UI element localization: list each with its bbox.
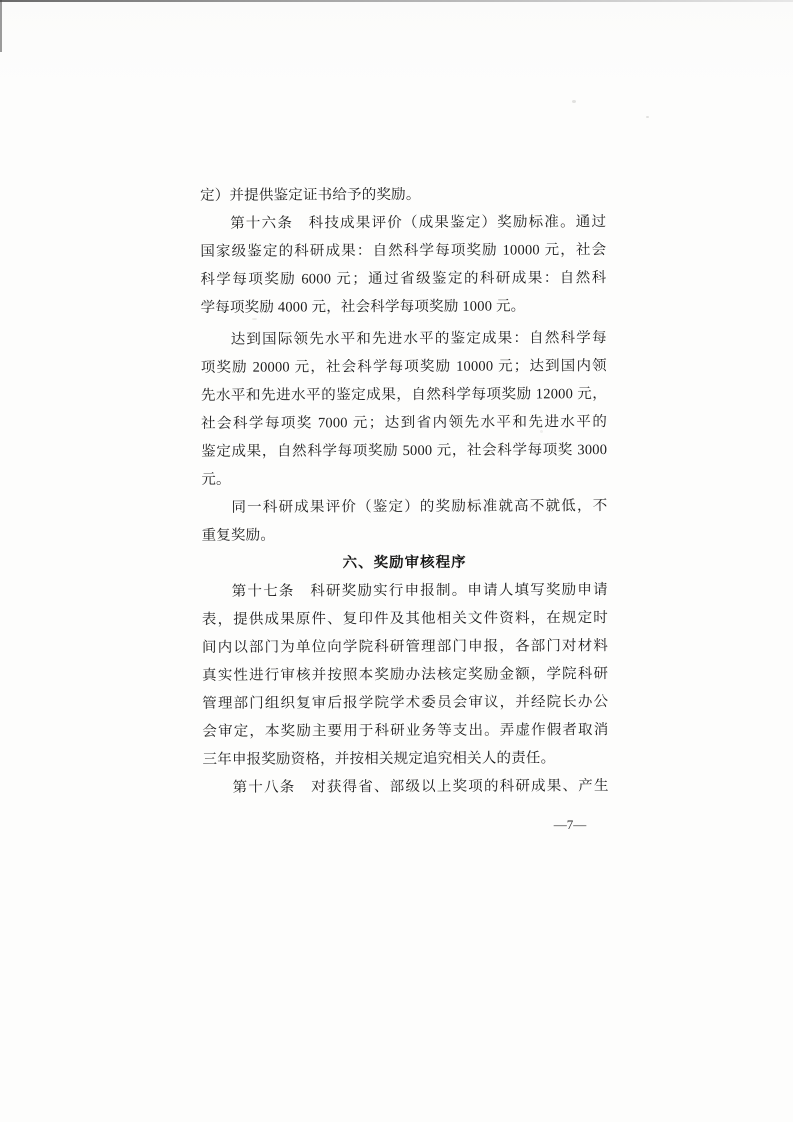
text-line: 科学每项奖励 6000 元；通过省级鉴定的科研成果：自然科 <box>200 264 606 294</box>
text-line: 定）并提供鉴定证书给予的奖励。 <box>200 180 606 210</box>
text-line: 三年申报奖励资格，并按相关规定追究相关人的责任。 <box>202 744 608 774</box>
scan-speck <box>572 100 576 103</box>
text-line: 第十七条 科研奖励实行申报制。申请人填写奖励申请 <box>202 576 608 606</box>
text-line: 达到国际领先水平和先进水平的鉴定成果：自然科学每 <box>201 324 607 354</box>
section-heading: 六、奖励审核程序 <box>202 548 608 578</box>
text-line: 同一科研成果评价（鉴定）的奖励标准就高不就低，不 <box>201 492 607 522</box>
text-line: 真实性进行审核并按照本奖励办法核定奖励金额，学院科研 <box>202 660 608 690</box>
scan-edge-artifact <box>0 0 793 2</box>
text-line: 管理部门组织复审后报学院学术委员会审议，并经院长办公 <box>202 688 608 718</box>
text-line: 元。 <box>201 464 607 494</box>
document-text: 定）并提供鉴定证书给予的奖励。第十六条 科技成果评价（成果鉴定）奖励标准。通过国… <box>200 180 609 802</box>
scan-speck <box>646 116 649 118</box>
document-page: 定）并提供鉴定证书给予的奖励。第十六条 科技成果评价（成果鉴定）奖励标准。通过国… <box>0 0 793 1122</box>
text-line: 国家级鉴定的科研成果：自然科学每项奖励 10000 元，社会 <box>200 236 606 266</box>
page-number: —7— <box>538 816 602 834</box>
text-line: 鉴定成果，自然科学每项奖励 5000 元，社会科学每项奖 3000 <box>201 436 607 466</box>
text-line: 学每项奖励 4000 元，社会科学每项奖励 1000 元。 <box>200 292 606 322</box>
text-line: 先水平和先进水平的鉴定成果，自然科学每项奖励 12000 元， <box>201 380 607 410</box>
text-line: 会审定，本奖励主要用于科研业务等支出。弄虚作假者取消 <box>202 716 608 746</box>
text-line: 第十八条 对获得省、部级以上奖项的科研成果、产生 <box>203 772 609 802</box>
text-line: 项奖励 20000 元，社会科学每项奖励 10000 元；达到国内领 <box>201 352 607 382</box>
text-line: 表，提供成果原件、复印件及其他相关文件资料，在规定时 <box>202 604 608 634</box>
text-line: 重复奖励。 <box>201 520 607 550</box>
text-line: 第十六条 科技成果评价（成果鉴定）奖励标准。通过 <box>200 208 606 238</box>
scan-edge-artifact <box>0 0 2 52</box>
text-line: 间内以部门为单位向学院科研管理部门申报，各部门对材料 <box>202 632 608 662</box>
text-line: 社会科学每项奖 7000 元；达到省内领先水平和先进水平的 <box>201 408 607 438</box>
